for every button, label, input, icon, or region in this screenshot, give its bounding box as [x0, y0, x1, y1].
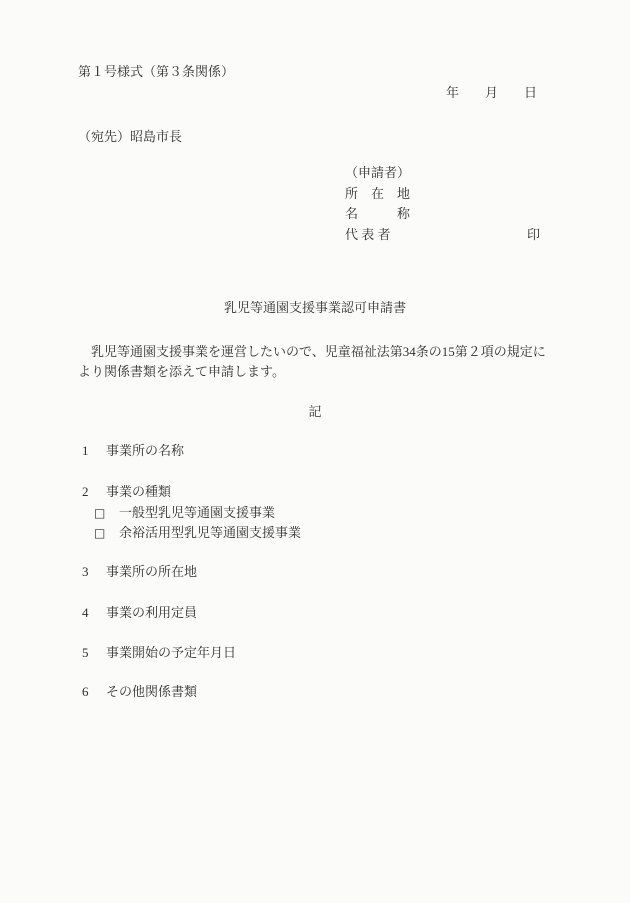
checkbox-option-surplus-type: □ 余裕活用型乳児等通園支援事業 — [94, 523, 301, 543]
section-marker: 記 — [0, 402, 630, 422]
item-number: 3 — [82, 562, 106, 582]
applicant-heading: （申請者） — [345, 163, 565, 184]
item-label: 事業所の所在地 — [106, 562, 197, 582]
applicant-name-label: 名 称 — [345, 204, 565, 225]
list-item-start-date: 5 事業開始の予定年月日 — [82, 643, 236, 663]
seal-mark: 印 — [527, 225, 540, 246]
list-item-business-name: 1 事業所の名称 — [82, 441, 184, 461]
applicant-representative-line: 代 表 者 印 — [345, 225, 565, 246]
item-label: 事業開始の予定年月日 — [106, 643, 236, 663]
item-label: 事業所の名称 — [106, 441, 184, 461]
checkbox-icon[interactable]: □ — [94, 503, 107, 523]
checkbox-icon[interactable]: □ — [94, 523, 107, 543]
item-number: 5 — [82, 643, 106, 663]
item-label: その他関係書類 — [106, 682, 197, 702]
option-label: 一般型乳児等通園支援事業 — [119, 503, 275, 523]
item-label: 事業の種類 — [106, 482, 171, 502]
applicant-address-label: 所 在 地 — [345, 184, 565, 205]
item-label: 事業の利用定員 — [106, 603, 197, 623]
item-number: 6 — [82, 682, 106, 702]
date-line: 年 月 日 — [446, 83, 537, 103]
document-title: 乳児等通園支援事業認可申請書 — [0, 298, 630, 318]
list-item-capacity: 4 事業の利用定員 — [82, 603, 197, 623]
document-page: 第１号様式（第３条関係） 年 月 日 （宛先）昭島市長 （申請者） 所 在 地 … — [0, 0, 630, 903]
item-number: 2 — [82, 482, 106, 502]
list-item-business-type: 2 事業の種類 — [82, 482, 171, 502]
item-number: 4 — [82, 603, 106, 623]
addressee: （宛先）昭島市長 — [78, 127, 182, 147]
item-number: 1 — [82, 441, 106, 461]
applicant-representative-label: 代 表 者 — [345, 227, 391, 242]
checkbox-option-general-type: □ 一般型乳児等通園支援事業 — [94, 503, 275, 523]
form-number: 第１号様式（第３条関係） — [78, 62, 234, 82]
applicant-block: （申請者） 所 在 地 名 称 代 表 者 印 — [345, 163, 565, 245]
list-item-other-documents: 6 その他関係書類 — [82, 682, 197, 702]
list-item-business-location: 3 事業所の所在地 — [82, 562, 197, 582]
body-paragraph: 乳児等通園支援事業を運営したいので、児童福祉法第34条の15第２項の規定に より… — [78, 342, 558, 381]
option-label: 余裕活用型乳児等通園支援事業 — [119, 523, 301, 543]
